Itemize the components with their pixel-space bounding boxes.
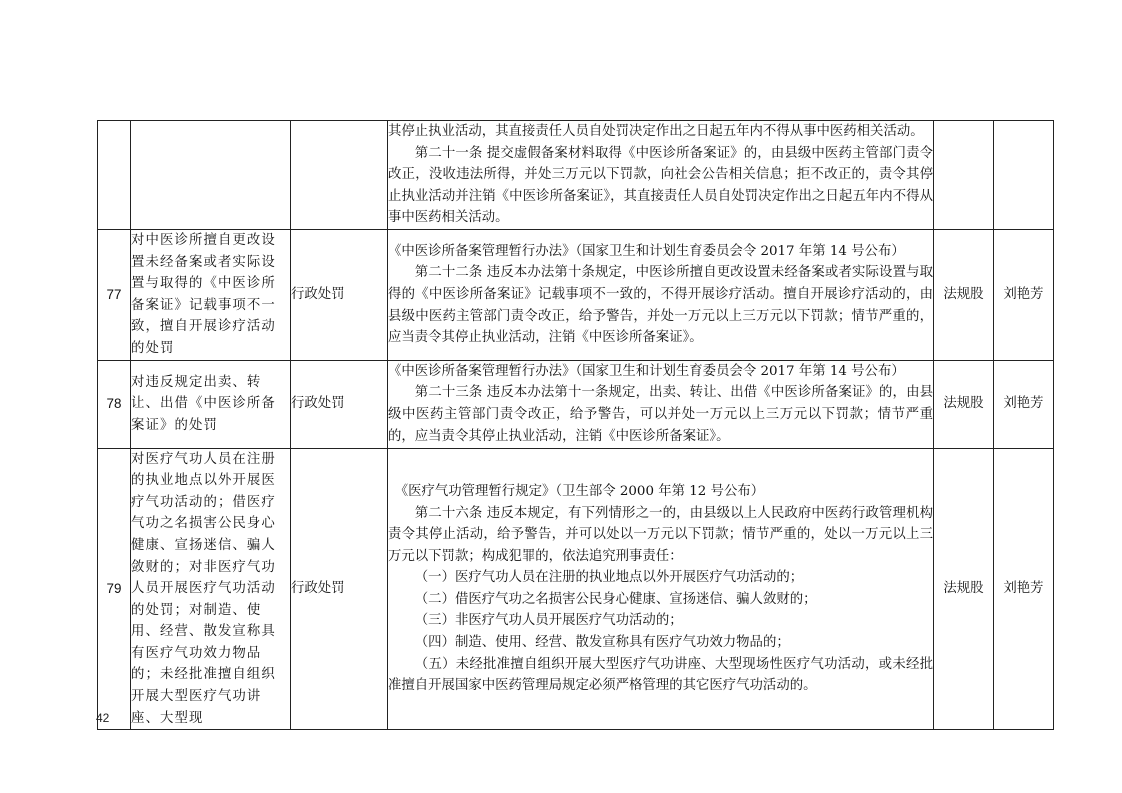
item-name bbox=[131, 121, 291, 230]
item-number: 77 bbox=[98, 229, 131, 360]
responsible-department: 法规股 bbox=[934, 229, 994, 360]
legal-basis: 《医疗气功管理暂行规定》（卫生部令 2000 年第 12 号公布） 第二十六条 … bbox=[388, 448, 934, 730]
legal-basis: 其停止执业活动，其直接责任人员自处罚决定作出之日起五年内不得从事中医药相关活动。… bbox=[388, 121, 934, 230]
basis-paragraph: （五）未经批准擅自组织开展大型医疗气功讲座、大型现场性医疗气功活动，或未经批准擅… bbox=[388, 654, 933, 697]
penalty-items-table: 其停止执业活动，其直接责任人员自处罚决定作出之日起五年内不得从事中医药相关活动。… bbox=[97, 120, 1054, 730]
table-row: 77 对中医诊所擅自更改设置未经备案或者实际设置与取得的《中医诊所备案证》记载事… bbox=[98, 229, 1054, 360]
responsible-department: 法规股 bbox=[934, 448, 994, 730]
item-name: 对违反规定出卖、转让、出借《中医诊所备案证》的处罚 bbox=[131, 360, 291, 448]
basis-paragraph: 《中医诊所备案管理暂行办法》（国家卫生和计划生育委员会令 2017 年第 14 … bbox=[388, 361, 933, 383]
basis-paragraph: （三）非医疗气功人员开展医疗气功活动的； bbox=[388, 610, 933, 632]
basis-paragraph: 《医疗气功管理暂行规定》（卫生部令 2000 年第 12 号公布） bbox=[388, 481, 933, 503]
table-row: 79 对医疗气功人员在注册的执业地点以外开展医疗气功活动的；借医疗气功之名损害公… bbox=[98, 448, 1054, 730]
basis-paragraph: 第二十六条 违反本规定，有下列情形之一的，由县级以上人民政府中医药行政管理机构责… bbox=[388, 503, 933, 568]
responsible-person: 刘艳芳 bbox=[994, 448, 1054, 730]
basis-paragraph: 《中医诊所备案管理暂行办法》（国家卫生和计划生育委员会令 2017 年第 14 … bbox=[388, 241, 933, 263]
item-number: 78 bbox=[98, 360, 131, 448]
table-row: 78 对违反规定出卖、转让、出借《中医诊所备案证》的处罚 行政处罚 《中医诊所备… bbox=[98, 360, 1054, 448]
item-number bbox=[98, 121, 131, 230]
page-number: 42 bbox=[96, 711, 109, 725]
basis-paragraph: （二）借医疗气功之名损害公民身心健康、宣扬迷信、骗人敛财的； bbox=[388, 589, 933, 611]
legal-basis: 《中医诊所备案管理暂行办法》（国家卫生和计划生育委员会令 2017 年第 14 … bbox=[388, 229, 934, 360]
responsible-department bbox=[934, 121, 994, 230]
legal-basis: 《中医诊所备案管理暂行办法》（国家卫生和计划生育委员会令 2017 年第 14 … bbox=[388, 360, 934, 448]
item-type: 行政处罚 bbox=[291, 229, 388, 360]
basis-paragraph: （一）医疗气功人员在注册的执业地点以外开展医疗气功活动的； bbox=[388, 567, 933, 589]
item-name: 对中医诊所擅自更改设置未经备案或者实际设置与取得的《中医诊所备案证》记载事项不一… bbox=[131, 229, 291, 360]
item-type: 行政处罚 bbox=[291, 360, 388, 448]
item-type bbox=[291, 121, 388, 230]
item-number: 79 bbox=[98, 448, 131, 730]
responsible-person: 刘艳芳 bbox=[994, 360, 1054, 448]
responsible-department: 法规股 bbox=[934, 360, 994, 448]
item-type: 行政处罚 bbox=[291, 448, 388, 730]
basis-paragraph: 第二十三条 违反本办法第十一条规定，出卖、转让、出借《中医诊所备案证》的，由县级… bbox=[388, 382, 933, 447]
basis-paragraph: （四）制造、使用、经营、散发宣称具有医疗气功效力物品的； bbox=[388, 632, 933, 654]
responsible-person bbox=[994, 121, 1054, 230]
table-row: 其停止执业活动，其直接责任人员自处罚决定作出之日起五年内不得从事中医药相关活动。… bbox=[98, 121, 1054, 230]
item-name: 对医疗气功人员在注册的执业地点以外开展医疗气功活动的；借医疗气功之名损害公民身心… bbox=[131, 448, 291, 730]
document-page: 其停止执业活动，其直接责任人员自处罚决定作出之日起五年内不得从事中医药相关活动。… bbox=[0, 0, 1122, 793]
basis-paragraph: 第二十一条 提交虚假备案材料取得《中医诊所备案证》的，由县级中医药主管部门责令改… bbox=[388, 143, 933, 229]
basis-paragraph: 其停止执业活动，其直接责任人员自处罚决定作出之日起五年内不得从事中医药相关活动。 bbox=[388, 121, 933, 143]
responsible-person: 刘艳芳 bbox=[994, 229, 1054, 360]
basis-paragraph: 第二十二条 违反本办法第十条规定，中医诊所擅自更改设置未经备案或者实际设置与取得… bbox=[388, 262, 933, 348]
